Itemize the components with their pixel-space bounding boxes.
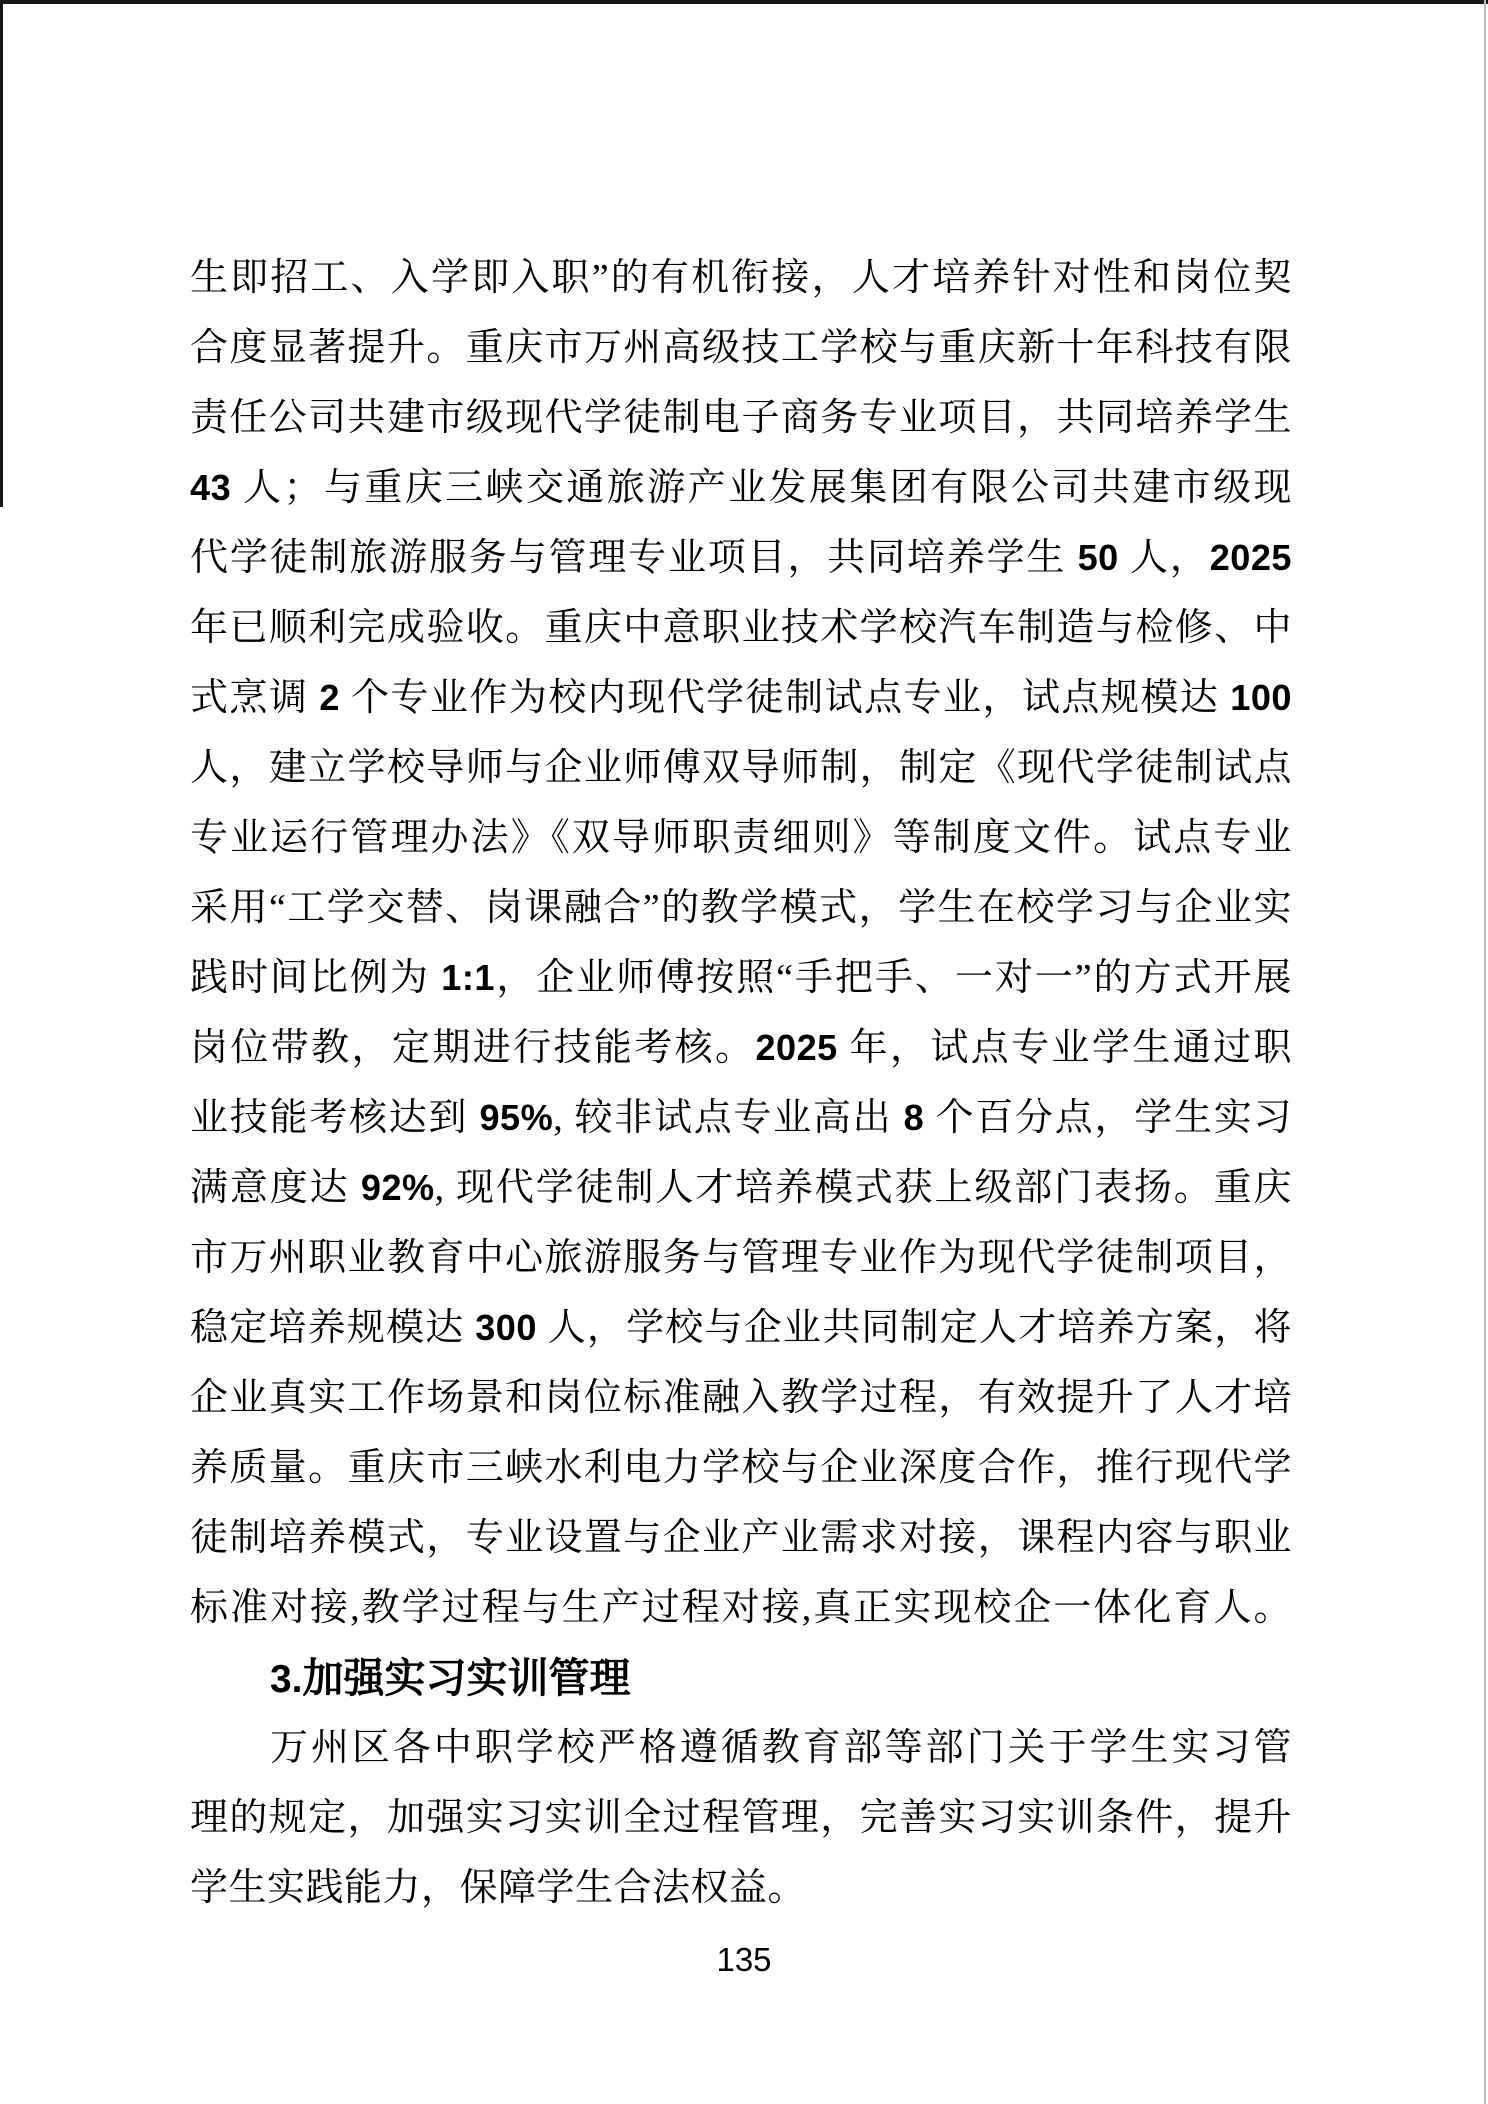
paragraph-line: 市万州职业教育中心旅游服务与管理专业作为现代学徒制项目， [190, 1223, 1292, 1293]
paragraph-line: 岗位带教，定期进行技能考核。2025 年，试点专业学生通过职 [190, 1013, 1292, 1083]
paragraph-line: 人，建立学校导师与企业师傅双导师制，制定《现代学徒制试点 [190, 733, 1292, 803]
page-number: 135 [0, 1940, 1488, 1980]
paragraph-line: 业技能考核达到 95%, 较非试点专业高出 8 个百分点，学生实习 [190, 1083, 1292, 1153]
paragraph-line: 践时间比例为 1:1，企业师傅按照“手把手、一对一”的方式开展 [190, 943, 1292, 1013]
paragraph-line: 生即招工、入学即入职”的有机衔接，人才培养针对性和岗位契 [190, 243, 1292, 313]
scan-edge-top [0, 0, 1488, 4]
section-heading: 3.加强实习实训管理 [190, 1643, 1292, 1713]
paragraph-line: 标准对接,教学过程与生产过程对接,真正实现校企一体化育人。 [190, 1573, 1292, 1643]
paragraph-line: 万州区各中职学校严格遵循教育部等部门关于学生实习管 [190, 1713, 1292, 1783]
paragraph-line: 合度显著提升。重庆市万州高级技工学校与重庆新十年科技有限 [190, 313, 1292, 383]
paragraph-line: 徒制培养模式，专业设置与企业产业需求对接，课程内容与职业 [190, 1503, 1292, 1573]
paragraph-line: 采用“工学交替、岗课融合”的教学模式，学生在校学习与企业实 [190, 873, 1292, 943]
paragraph-line: 学生实践能力，保障学生合法权益。 [190, 1853, 1292, 1923]
paragraph-line: 稳定培养规模达 300 人，学校与企业共同制定人才培养方案，将 [190, 1293, 1292, 1363]
paragraph-line: 养质量。重庆市三峡水利电力学校与企业深度合作，推行现代学 [190, 1433, 1292, 1503]
paragraph-line: 企业真实工作场景和岗位标准融入教学过程，有效提升了人才培 [190, 1363, 1292, 1433]
paragraph-line: 满意度达 92%, 现代学徒制人才培养模式获上级部门表扬。重庆 [190, 1153, 1292, 1223]
text-column: 生即招工、入学即入职”的有机衔接，人才培养针对性和岗位契 合度显著提升。重庆市万… [190, 243, 1292, 1923]
scan-edge-left [0, 0, 3, 507]
paragraph-line: 责任公司共建市级现代学徒制电子商务专业项目，共同培养学生 [190, 383, 1292, 453]
scan-edge-right [1484, 0, 1486, 2104]
paragraph-line: 理的规定，加强实习实训全过程管理，完善实习实训条件，提升 [190, 1783, 1292, 1853]
paragraph-line: 43 人；与重庆三峡交通旅游产业发展集团有限公司共建市级现 [190, 453, 1292, 523]
paragraph-line: 式烹调 2 个专业作为校内现代学徒制试点专业，试点规模达 100 [190, 663, 1292, 733]
paragraph-line: 代学徒制旅游服务与管理专业项目，共同培养学生 50 人，2025 [190, 523, 1292, 593]
paragraph-line: 专业运行管理办法》《双导师职责细则》等制度文件。试点专业 [190, 803, 1292, 873]
document-page: { "page": { "number": "135", "background… [0, 0, 1488, 2104]
paragraph-line: 年已顺利完成验收。重庆中意职业技术学校汽车制造与检修、中 [190, 593, 1292, 663]
